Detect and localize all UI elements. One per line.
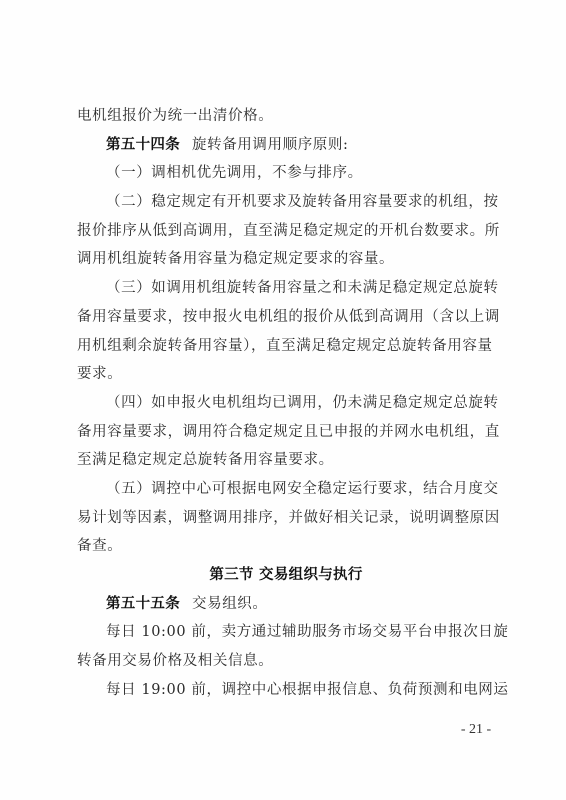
paragraph-line: 转备用交易价格及相关信息。: [77, 647, 495, 676]
paragraph-line: （二）稳定规定有开机要求及旋转备用容量要求的机组，按: [77, 188, 495, 217]
paragraph-line: 至满足稳定规定总旋转备用容量要求。: [77, 446, 495, 475]
paragraph-line: （五）调控中心可根据电网安全稳定运行要求，结合月度交: [77, 475, 495, 504]
paragraph-line: 调用机组旋转备用容量为稳定规定要求的容量。: [77, 245, 495, 274]
article-title: 交易组织。: [192, 596, 268, 612]
paragraph-line: 备用容量要求，按申报火电机组的报价从低到高调用（含以上调: [77, 303, 495, 332]
paragraph-line: 易计划等因素，调整调用排序，并做好相关记录，说明调整原因: [77, 504, 495, 533]
page-number: - 21 -: [446, 722, 506, 738]
paragraph-line: （三）如调用机组旋转备用容量之和未满足稳定规定总旋转: [77, 274, 495, 303]
article-title: 旋转备用调用顺序原则:: [192, 137, 348, 153]
paragraph-line: 每日 19:00 前，调控中心根据申报信息、负荷预测和电网运: [77, 676, 495, 705]
paragraph-line: 备用容量要求，调用符合稳定规定且已申报的并网水电机组，直: [77, 418, 495, 447]
article-label: 第五十四条: [106, 137, 180, 153]
section-heading: 第三节 交易组织与执行: [77, 561, 495, 590]
paragraph-line: 备查。: [77, 532, 495, 561]
paragraph-line: 要求。: [77, 360, 495, 389]
paragraph-line: 电机组报价为统一出清价格。: [77, 102, 495, 131]
paragraph-line: （一）调相机优先调用，不参与排序。: [77, 159, 495, 188]
paragraph-line: 每日 10:00 前，卖方通过辅助服务市场交易平台申报次日旋: [77, 618, 495, 647]
article-55-line: 第五十五条交易组织。: [77, 590, 495, 619]
document-page: 电机组报价为统一出清价格。 第五十四条旋转备用调用顺序原则: （一）调相机优先调…: [0, 0, 566, 800]
article-label: 第五十五条: [106, 596, 180, 612]
page-body: 电机组报价为统一出清价格。 第五十四条旋转备用调用顺序原则: （一）调相机优先调…: [77, 102, 495, 704]
paragraph-line: 报价排序从低到高调用，直至满足稳定规定的开机台数要求。所: [77, 217, 495, 246]
paragraph-line: （四）如申报火电机组均已调用，仍未满足稳定规定总旋转: [77, 389, 495, 418]
article-54-line: 第五十四条旋转备用调用顺序原则:: [77, 131, 495, 160]
paragraph-line: 用机组剩余旋转备用容量），直至满足稳定规定总旋转备用容量: [77, 332, 495, 361]
